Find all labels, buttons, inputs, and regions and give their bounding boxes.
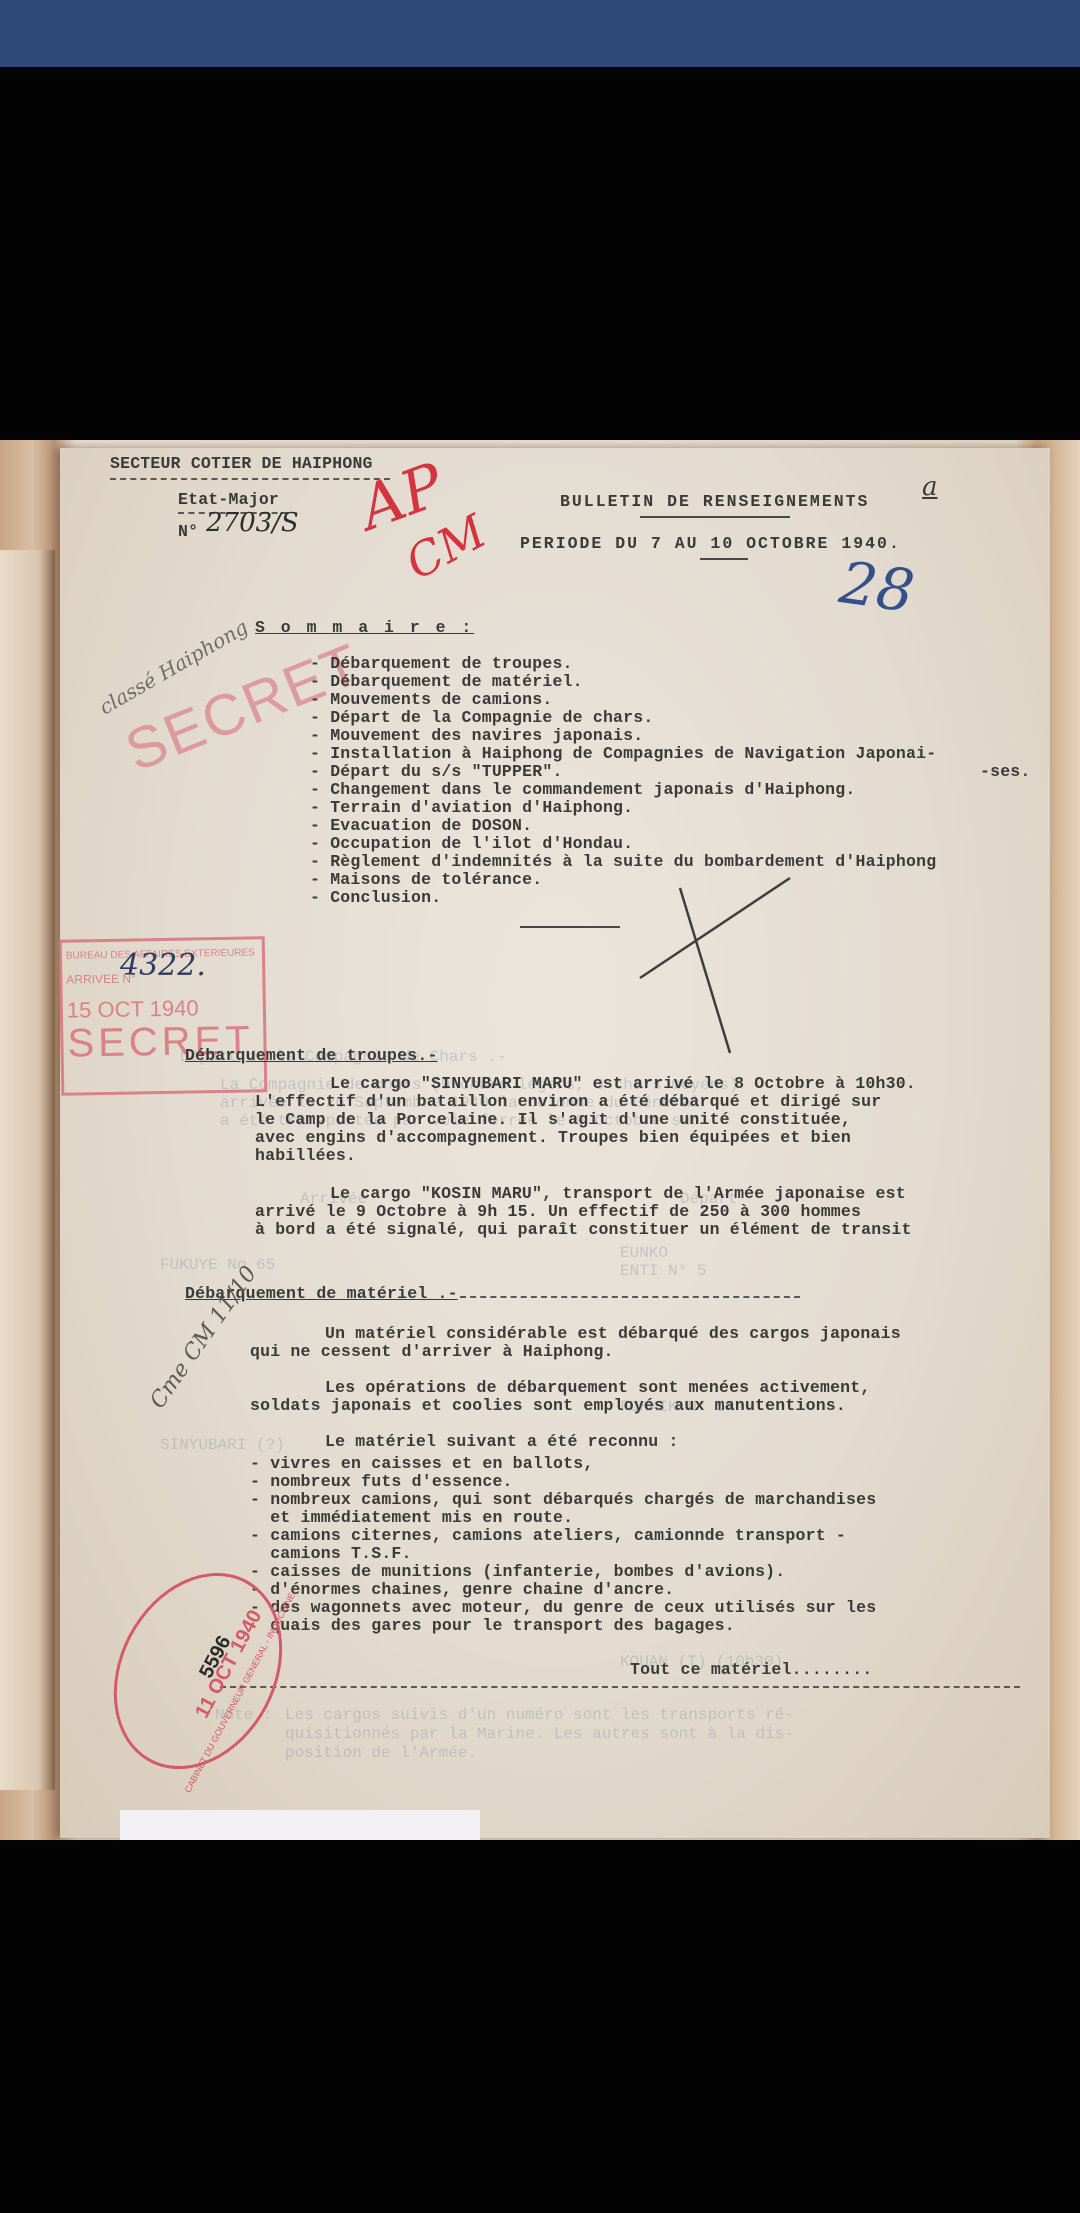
- section-heading-troops: Débarquement de troupes.-: [185, 1046, 438, 1065]
- summary-item: - Débarquement de troupes.: [310, 654, 573, 673]
- summary-item: - Changement dans le commandement japona…: [310, 780, 856, 799]
- summary-item: - Maisons de tolérance.: [310, 870, 542, 889]
- materiel-intro: Le matériel suivant a été reconnu :: [325, 1432, 679, 1451]
- period: PERIODE DU 7 AU 10 OCTOBRE 1940.: [520, 534, 901, 553]
- materiel-item: - nombreux camions, qui sont débarqués c…: [250, 1490, 876, 1509]
- troops-line: Le cargo "KOSIN MARU", transport de l'Ar…: [330, 1184, 906, 1203]
- materiel-item: - des wagonnets avec moteur, du genre de…: [250, 1598, 876, 1617]
- red-initials: AP: [359, 474, 444, 520]
- document-sheet: Départ de la Compagnie de Chars .- La Co…: [60, 448, 1050, 1838]
- materiel-line: soldats japonais et coolies sont employé…: [250, 1396, 846, 1415]
- materiel-line: Un matériel considérable est débarqué de…: [325, 1324, 901, 1343]
- summary-item: - Mouvement des navires japonais.: [310, 726, 643, 745]
- document-photo[interactable]: Départ de la Compagnie de Chars .- La Co…: [0, 440, 1080, 1840]
- troops-line: avec engins d'accompagnement. Troupes bi…: [255, 1128, 851, 1147]
- troops-line: arrivé le 9 Octobre à 9h 15. Un effectif…: [255, 1202, 861, 1221]
- materiel-item: quais des gares pour le transport des ba…: [250, 1616, 735, 1635]
- x-pen-mark-icon: [620, 858, 800, 1058]
- materiel-line: Les opérations de débarquement sont mené…: [325, 1378, 871, 1397]
- bleed-table-cell: ENTI N° 5: [620, 1262, 706, 1281]
- bleed-table-cell: FUKUYE No 65: [160, 1256, 275, 1275]
- materiel-line: qui ne cessent d'arriver à Haiphong.: [250, 1342, 614, 1361]
- materiel-item: - nombreux futs d'essence.: [250, 1472, 513, 1491]
- paper-tab: [120, 1810, 480, 1840]
- note-line: position de l'Armée.: [285, 1744, 477, 1763]
- troops-line: habillées.: [255, 1146, 356, 1165]
- status-bar: [0, 0, 1080, 67]
- note-line: quisitionnés par la Marine. Les autres s…: [285, 1725, 794, 1744]
- left-page-edge: [0, 550, 55, 1790]
- bleed-table-cell: SINYUBARI (?): [160, 1436, 285, 1455]
- materiel-item: camions T.S.F.: [250, 1544, 412, 1563]
- summary-item: - Installation à Haiphong de Compagnies …: [310, 744, 936, 763]
- department: Etat-Major: [178, 490, 279, 509]
- materiel-closing: Tout ce matériel........: [630, 1660, 872, 1679]
- summary-heading: S o m m a i r e :: [255, 618, 474, 637]
- summary-item: - Débarquement de matériel.: [310, 672, 583, 691]
- document-content: Départ de la Compagnie de Chars .- La Co…: [60, 448, 1050, 1838]
- summary-item: - Départ de la Compagnie de chars.: [310, 708, 653, 727]
- stamp-date: 15 OCT 1940: [67, 998, 199, 1019]
- note-divider: [220, 1686, 1020, 1688]
- period-underline: [700, 558, 748, 560]
- bleed-table-rule: [460, 1296, 800, 1298]
- summary-divider: [520, 926, 620, 928]
- troops-line: Le cargo "SINYUBARI MARU" est arrivé le …: [330, 1074, 916, 1093]
- summary-continuation: -ses.: [980, 762, 1031, 781]
- blue-mark: 28: [839, 573, 915, 602]
- materiel-item: - camions citernes, camions ateliers, ca…: [250, 1526, 846, 1545]
- troops-line: L'effectif d'un bataillon environ a été …: [255, 1092, 881, 1111]
- troops-line: le Camp de la Porcelaine. Il s'agit d'un…: [255, 1110, 851, 1129]
- header-divider: [110, 478, 390, 480]
- summary-item: - Evacuation de DOSON.: [310, 816, 532, 835]
- title-mark: a: [922, 478, 938, 497]
- summary-item: - Conclusion.: [310, 888, 441, 907]
- materiel-item: - vivres en caisses et en ballots,: [250, 1454, 593, 1473]
- stamp-arrival-number: 4322.: [120, 956, 206, 975]
- bleed-table-cell: EUNKO: [620, 1244, 668, 1263]
- materiel-item: - d'énormes chaines, genre chaine d'ancr…: [250, 1580, 674, 1599]
- summary-item: - Terrain d'aviation d'Haiphong.: [310, 798, 633, 817]
- troops-line: à bord a été signalé, qui paraît constit…: [255, 1220, 912, 1239]
- materiel-item: - caisses de munitions (infanterie, bomb…: [250, 1562, 785, 1581]
- summary-item: - Occupation de l'ilot d'Hondau.: [310, 834, 633, 853]
- materiel-item: et immédiatement mis en route.: [250, 1508, 573, 1527]
- number-handwritten: 2703/S: [206, 514, 299, 533]
- title-underline: [640, 516, 790, 518]
- summary-item: - Mouvements de camions.: [310, 690, 552, 709]
- summary-item: - Départ du s/s "TUPPER".: [310, 762, 563, 781]
- org-name: SECTEUR COTIER DE HAIPHONG: [110, 454, 373, 473]
- number-label: N°: [178, 522, 198, 541]
- note-line: Les cargos suivis d'un numéro sont les t…: [285, 1706, 794, 1725]
- bulletin-title: BULLETIN DE RENSEIGNEMENTS: [560, 492, 869, 511]
